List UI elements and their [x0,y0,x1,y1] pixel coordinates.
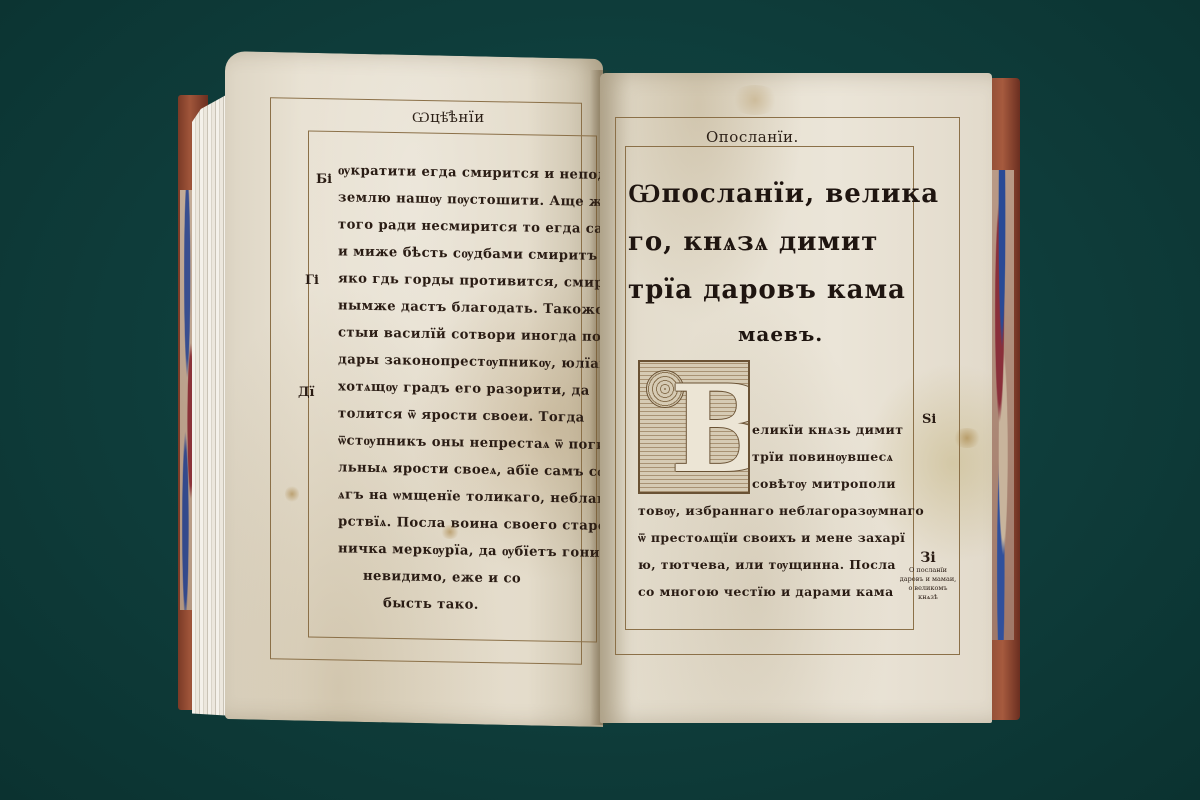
stain [952,428,982,448]
left-running-head: Ѡцѣ҃ѣнїи [412,108,485,127]
title-line: Ѡпосланїи, велика [628,170,939,218]
decorated-initial: В [638,360,750,494]
text-line: товѹ, избраннаго неблагоразѹмнаго [638,497,924,524]
text-line: ю, тютчева, или тѹщинна. Посла [638,551,924,578]
chapter-title: Ѡпосланїи, велика го, кнѧзѧ димит трїа д… [628,170,939,354]
marbled-endpaper-right [990,170,1014,640]
initial-letter: В [670,370,750,490]
text-line: еликїи кнѧзь димит [752,416,903,443]
text-line: ѿ престоѧщїи своихъ и мене захарї [638,524,924,551]
stain [285,485,299,503]
text-line: трїи повинѹвшесѧ [752,443,903,470]
marginal-note-number: Зі [898,550,958,566]
stain [440,525,460,539]
marginal-note: Зі О посланїи даровъ и мамаи, о великомъ… [898,550,958,602]
stain [730,85,780,115]
right-page-text: товѹ, избраннаго неблагоразѹмнаго ѿ прес… [638,497,924,605]
manuscript-photo: Ѡцѣ҃ѣнїи Бі Гі Дї ѹкратити егда смирится… [0,0,1200,800]
marginal-note-text: О посланїи даровъ и мамаи, о великомъ кн… [898,566,958,602]
right-running-head: Опосланїи. [706,128,799,146]
initial-adjacent-text: еликїи кнѧзь димит трїи повинѹвшесѧ совѣ… [752,416,903,497]
title-line: трїа даровъ кама [628,266,939,314]
text-line: совѣтѹ митрополи [752,470,903,497]
left-margin-numeral: Бі [316,172,332,187]
right-margin-numeral: Ѕі [922,412,936,427]
left-margin-numeral: Дї [298,385,315,400]
title-line: маевъ. [628,314,939,354]
left-margin-numeral: Гі [305,273,319,288]
text-line: со многою честїю и дарами кама [638,578,924,605]
title-line: го, кнѧзѧ димит [628,218,939,266]
